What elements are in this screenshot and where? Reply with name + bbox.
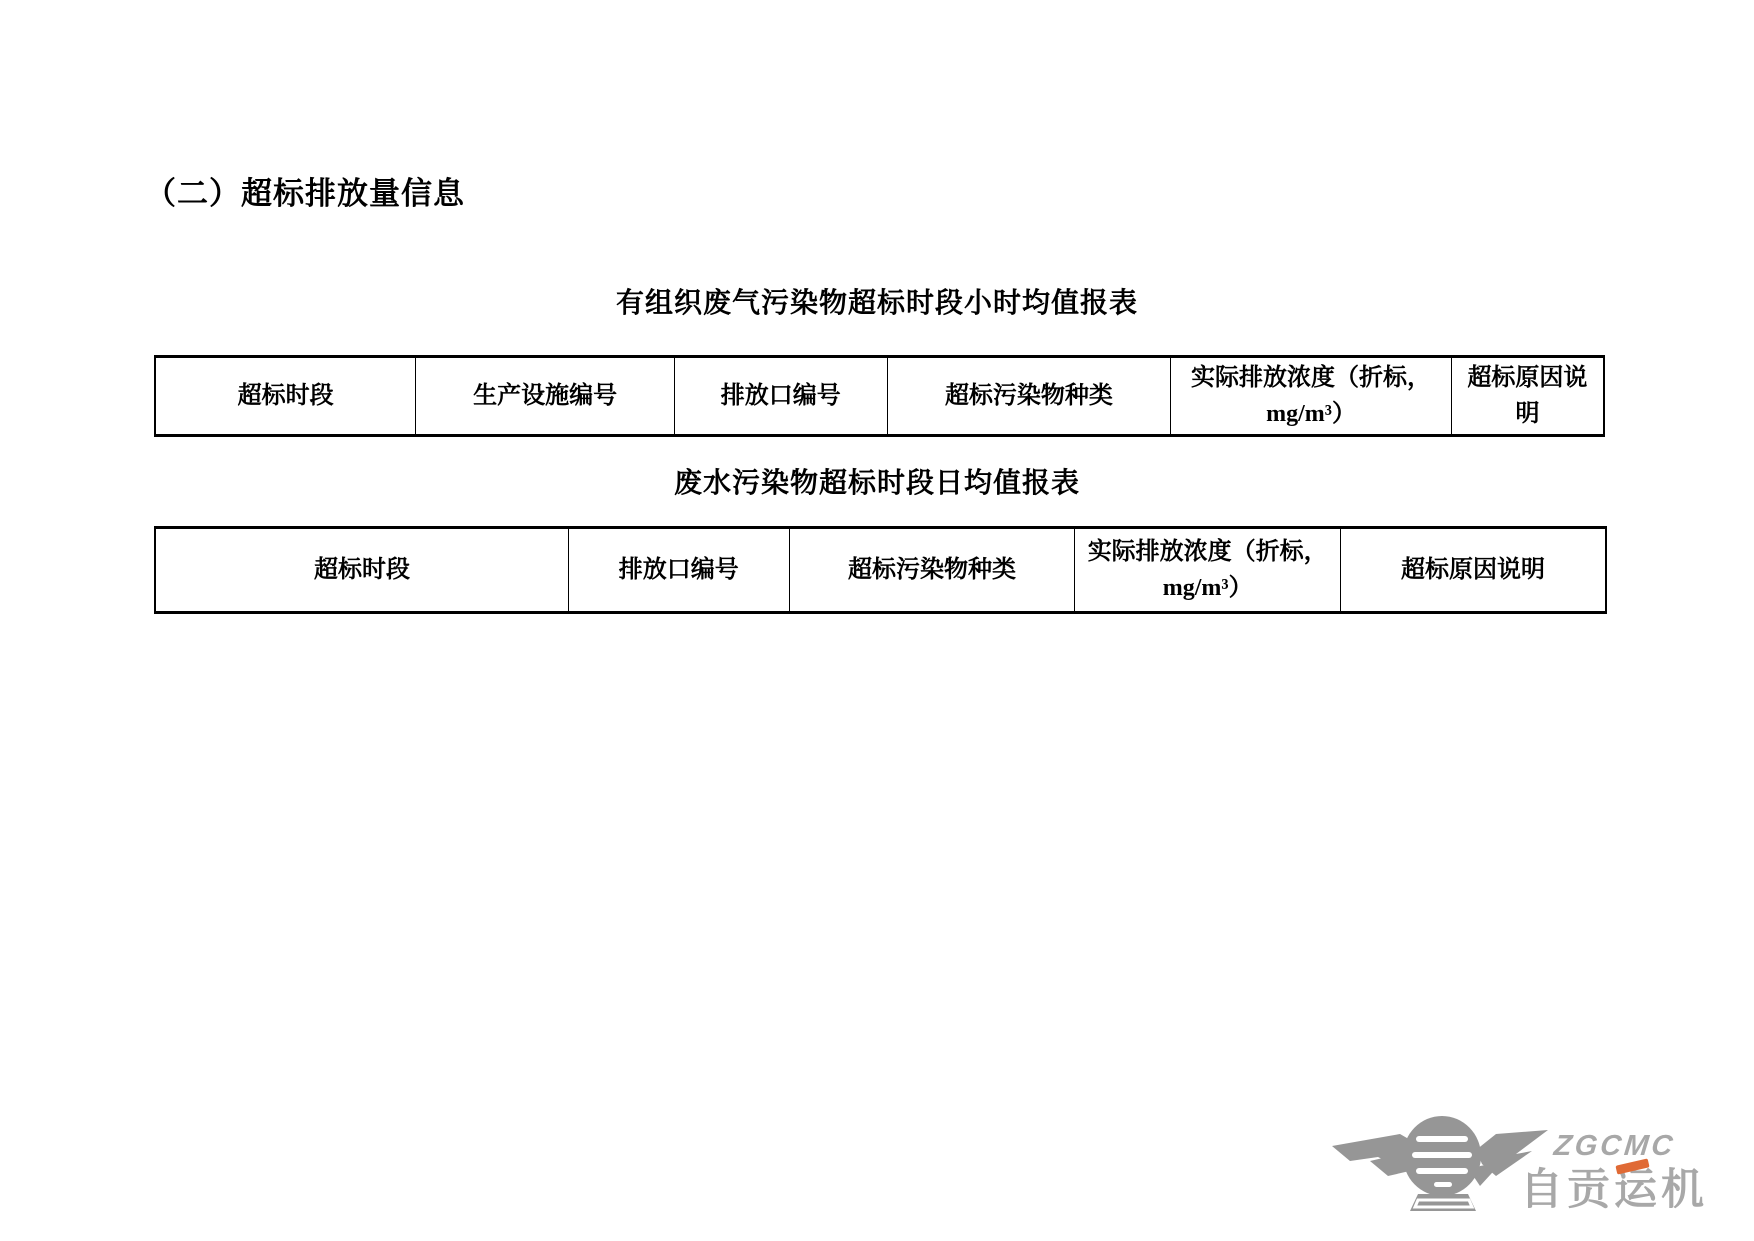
column-header: 实际排放浓度（折标，mg/m³） [1171,357,1452,436]
header-row: 超标时段排放口编号超标污染物种类实际排放浓度（折标，mg/m³）超标原因说明 [155,528,1606,613]
watermark-logo: ZGCMC 自贡运机 [1330,1106,1740,1226]
column-header: 超标时段 [155,357,416,436]
water-exceedance-table: 超标时段排放口编号超标污染物种类实际排放浓度（折标，mg/m³）超标原因说明 [154,526,1607,614]
document-page: （二）超标排放量信息 有组织废气污染物超标时段小时均值报表 超标时段生产设施编号… [0,0,1754,1241]
column-header: 排放口编号 [569,528,790,613]
gas-table-title: 有组织废气污染物超标时段小时均值报表 [0,281,1754,321]
header-row: 超标时段生产设施编号排放口编号超标污染物种类实际排放浓度（折标，mg/m³）超标… [155,357,1604,436]
column-header: 超标原因说明 [1451,357,1604,436]
section-heading: （二）超标排放量信息 [145,168,465,213]
water-table-title: 废水污染物超标时段日均值报表 [0,461,1754,501]
column-header: 超标污染物种类 [887,357,1171,436]
column-header: 排放口编号 [674,357,887,436]
company-emblem-icon [1330,1114,1550,1214]
column-header: 超标原因说明 [1340,528,1606,613]
column-header: 超标污染物种类 [789,528,1075,613]
gas-exceedance-table: 超标时段生产设施编号排放口编号超标污染物种类实际排放浓度（折标，mg/m³）超标… [154,355,1605,437]
column-header: 生产设施编号 [416,357,675,436]
logo-company-name: 自贡运机 [1520,1156,1708,1217]
column-header: 超标时段 [155,528,569,613]
column-header: 实际排放浓度（折标，mg/m³） [1075,528,1341,613]
